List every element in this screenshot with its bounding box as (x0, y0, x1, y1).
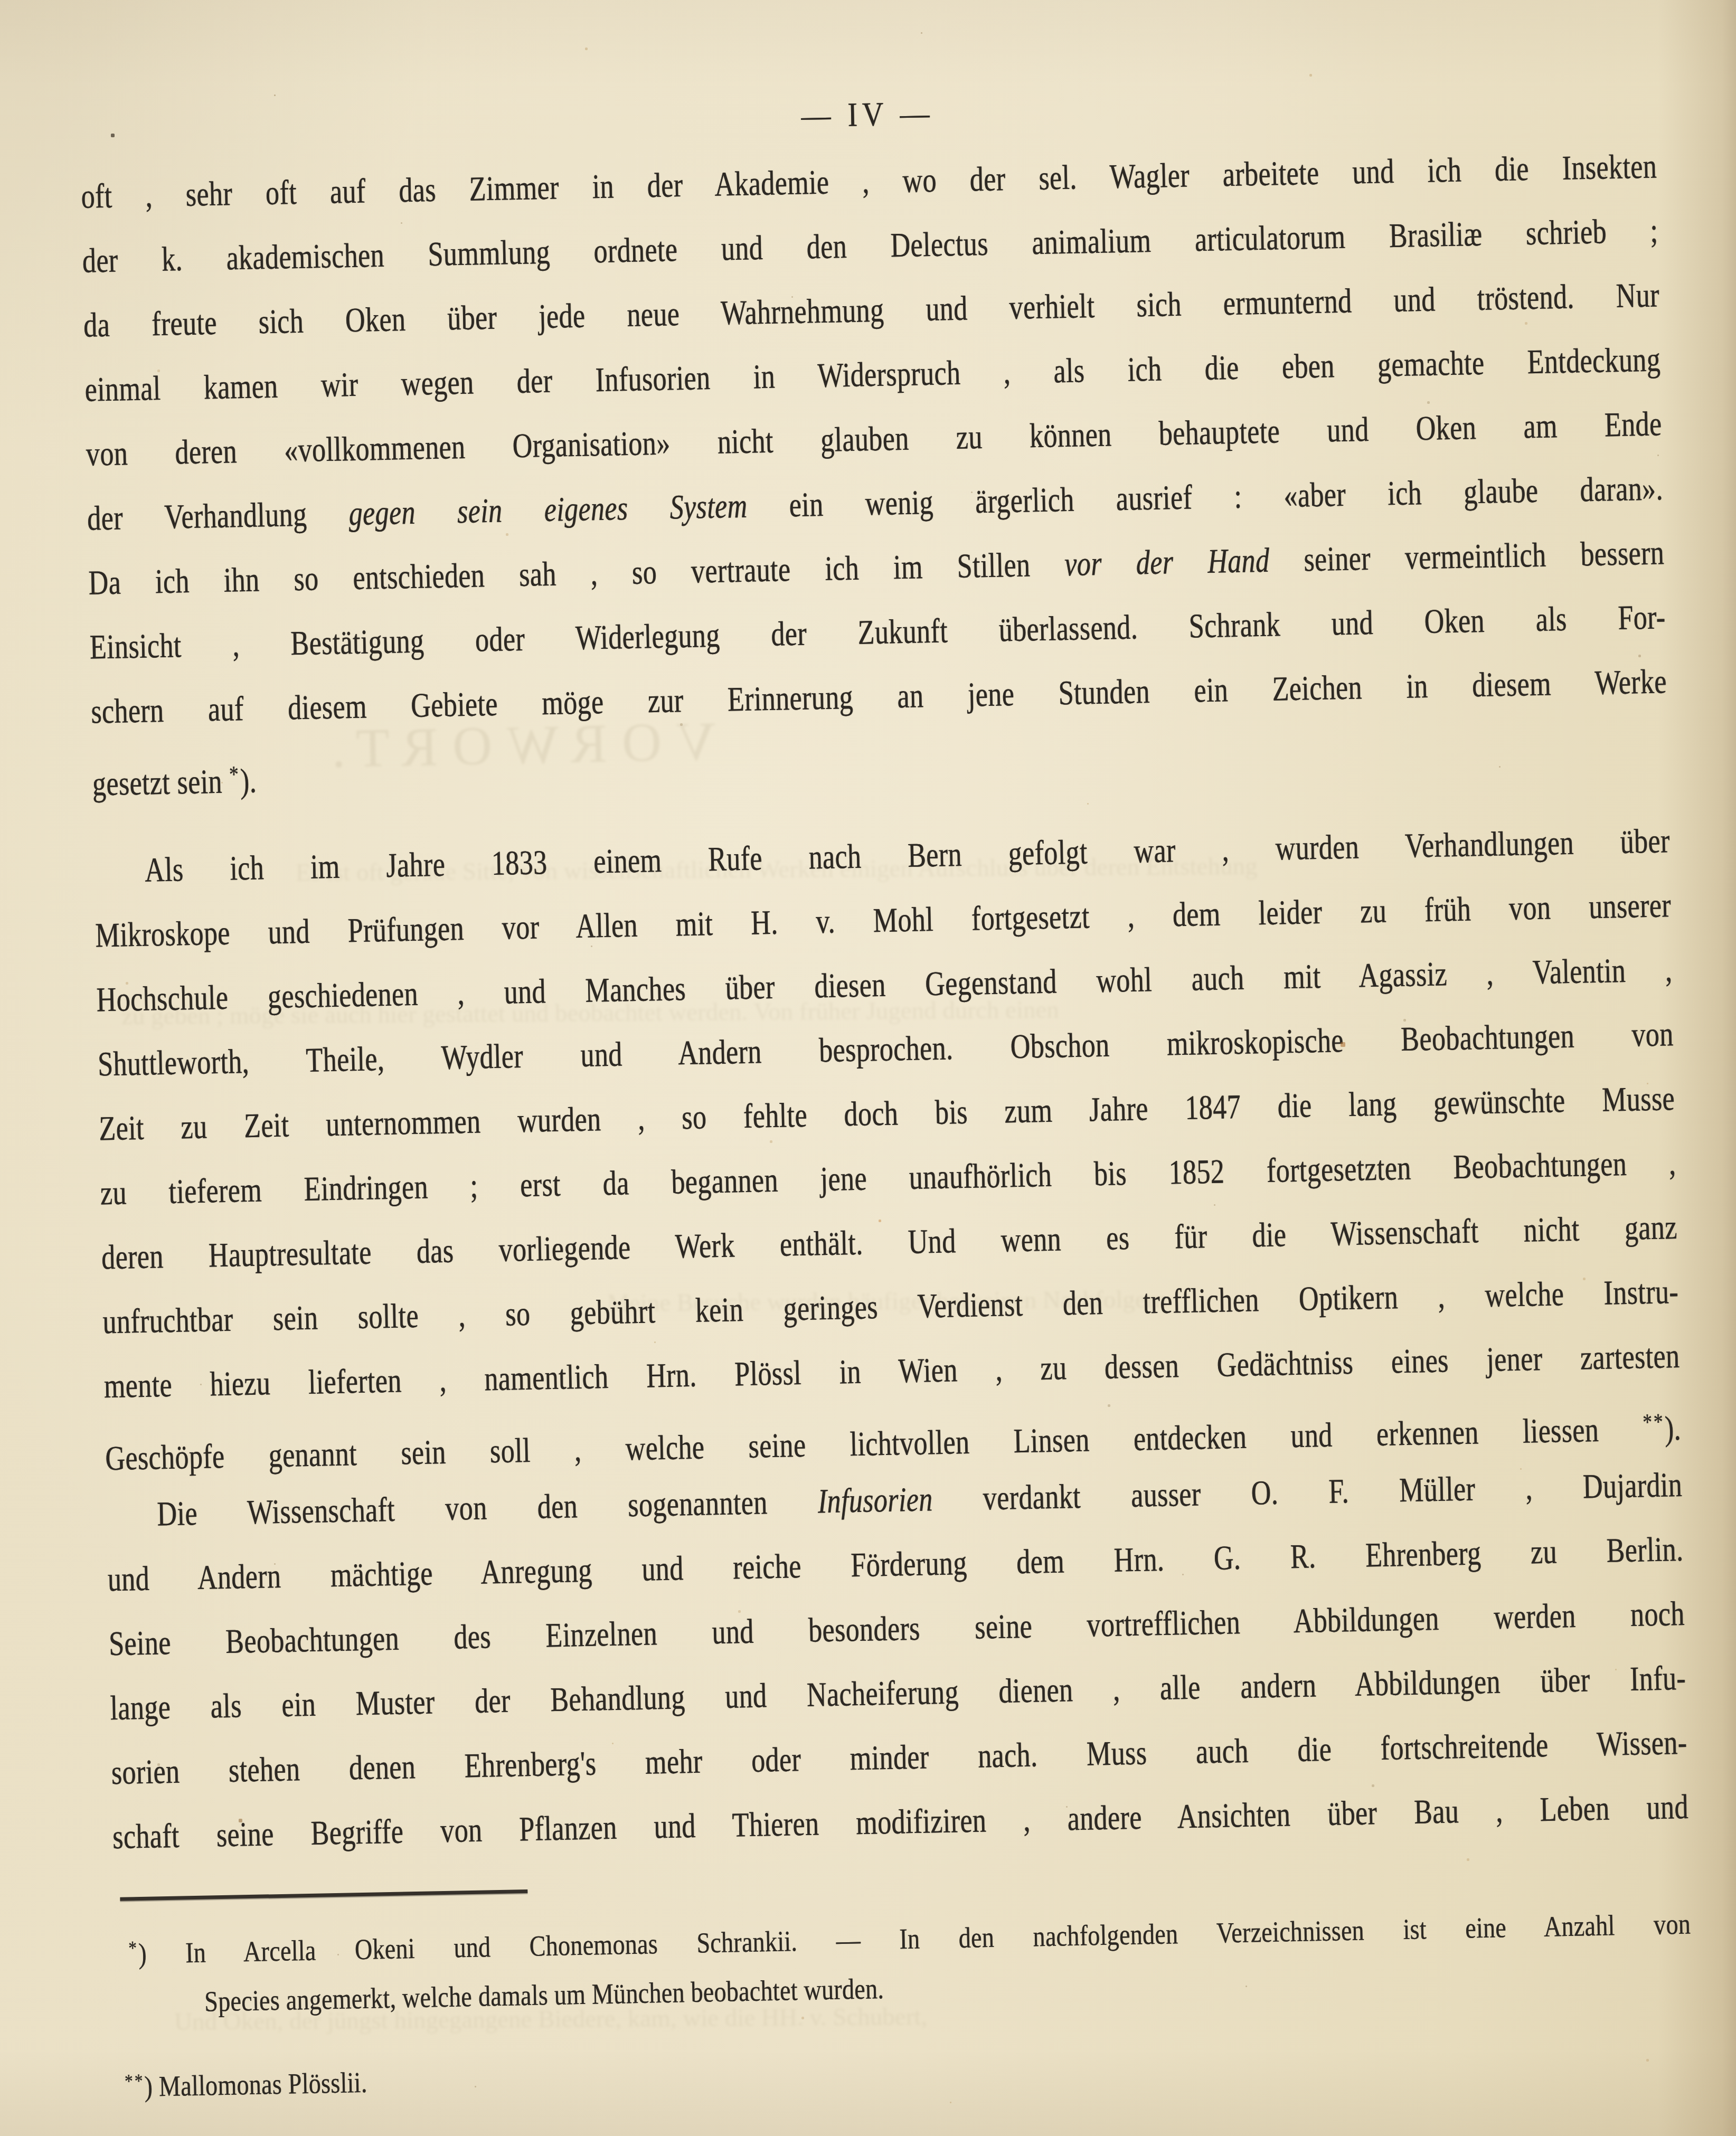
italic-phrase: Infusorien (817, 1481, 933, 1521)
italic-phrase: gegen sein eigenes System (348, 487, 748, 533)
text-run: ) Mallomonas Plösslii. (144, 2066, 367, 2103)
footnote-marker: ** (1643, 1408, 1665, 1435)
scanned-book-page: VORWORT. Es ist oft gerade Sitte, von wi… (0, 0, 1736, 2136)
paragraph: Als ich im Jahre 1833 einem Rufe nach Be… (93, 809, 1682, 1483)
italic-phrase: vor der Hand (1064, 542, 1269, 583)
paper-texture-specks (0, 0, 1, 1)
footnote-line: **) Mallomonas Plösslii. (117, 2018, 1694, 2114)
text-run: Species angemerkt, welche damals um Münc… (204, 1972, 884, 2018)
text-run: verdankt ausser O. F. Müller , Dujardin (932, 1466, 1683, 1518)
text-run: schaft seine Begriffe von Pflanzen und T… (112, 1788, 1688, 1856)
paragraph: Die Wissenschaft von den sogenannten Inf… (106, 1453, 1689, 1870)
text-run: gesetzt sein (92, 763, 230, 804)
text-run: seiner vermeintlich bessern (1269, 534, 1665, 580)
footnote-marker: * (128, 1937, 138, 1959)
footnote-marker: ** (125, 2069, 145, 2092)
paragraph: oft , sehr oft auf das Zimmer in der Aka… (80, 135, 1668, 809)
text-run: ). (240, 762, 257, 800)
footnotes: *) In Arcella Okeni und Chonemonas Schra… (114, 1891, 1693, 2109)
footnote-separator (120, 1889, 527, 1901)
text-run: Die Wissenschaft von den sogenannten (157, 1483, 818, 1534)
page-text-block: — IV — oft , sehr oft auf das Zimmer in … (79, 78, 1693, 2109)
text-run: ). (1664, 1410, 1681, 1448)
text-run: der Verhandlung (87, 495, 350, 537)
footnote-marker: * (229, 761, 240, 788)
